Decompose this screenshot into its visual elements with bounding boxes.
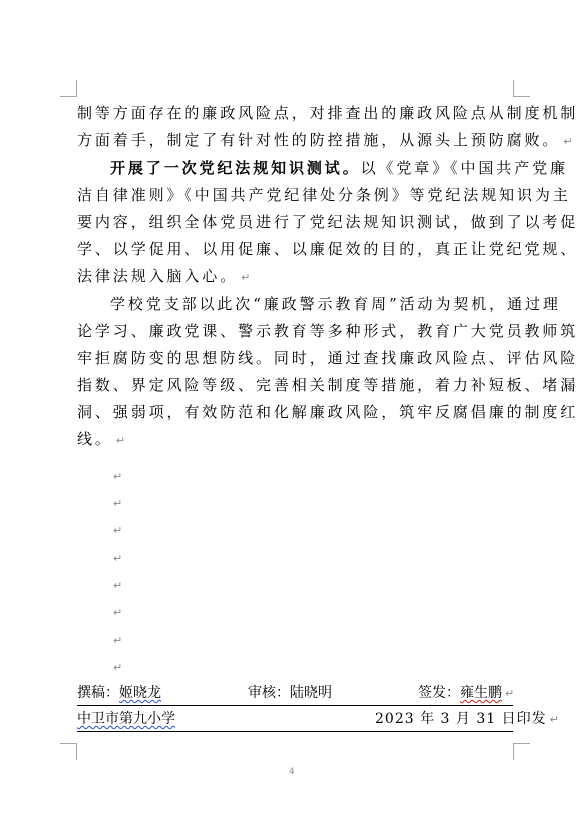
paragraph-line[interactable]: 线。↵ (77, 426, 125, 453)
author-field: 撰稿：姬晓龙 (77, 682, 161, 704)
paragraph-line[interactable]: 学、以学促用、以用促廉、以廉促效的目的，真正让党纪党规、 (77, 236, 578, 263)
text-run: 要内容，组织全体党员进行了党纪法规知识测试，做到了以考促 (77, 213, 578, 231)
author-name: 姬晓龙 (119, 685, 161, 701)
signature-row[interactable]: 撰稿：姬晓龙 审核：陆晓明 签发：雍生鹏↵ (77, 682, 513, 704)
issuer-field: 签发：雍生鹏↵ (418, 682, 514, 705)
paragraph-line[interactable]: 指数、界定风险等级、完善相关制度等措施，着力补短板、堵漏 (77, 372, 578, 399)
paragraph-mark-icon: ↵ (241, 271, 250, 284)
text-run: 牢拒腐防变的思想防线。同时，通过查找廉政风险点、评估风险 (77, 349, 578, 367)
empty-paragraph[interactable]: ↵ (110, 597, 122, 624)
paragraph-mark-icon: ↵ (113, 634, 122, 647)
footer-rule-top (77, 705, 513, 706)
paragraph-line[interactable]: 洞、强弱项，有效防范和化解廉政风险，筑牢反腐倡廉的制度红 (77, 399, 578, 426)
paragraph-line[interactable]: 洁自律准则》《中国共产党纪律处分条例》等党纪法规知识为主 (77, 182, 571, 209)
margin-corner-mark-top-right (513, 80, 530, 97)
reviewer-label: 审核： (248, 685, 290, 701)
paragraph-line[interactable]: 制等方面存在的廉政风险点，对排查出的廉政风险点从制度机制 (77, 100, 578, 127)
footer-rule-bottom (77, 731, 513, 732)
empty-paragraph[interactable]: ↵ (110, 461, 122, 488)
text-run: 方面着手，制定了有针对性的防控措施，从源头上预防腐败。 (77, 131, 560, 149)
text-run: 线。 (77, 430, 113, 448)
text-run: 制等方面存在的廉政风险点，对排查出的廉政风险点从制度机制 (77, 104, 578, 122)
bold-heading-run: 开展了一次党纪法规知识测试。 (110, 159, 361, 177)
empty-paragraph[interactable]: ↵ (110, 570, 122, 597)
paragraph-line[interactable]: 牢拒腐防变的思想防线。同时，通过查找廉政风险点、评估风险 (77, 345, 578, 372)
paragraph-mark-icon: ↵ (550, 713, 559, 726)
author-label: 撰稿： (77, 685, 119, 701)
paragraph-mark-icon: ↵ (113, 470, 122, 483)
text-run: 洞、强弱项，有效防范和化解廉政风险，筑牢反腐倡廉的制度红 (77, 403, 578, 421)
paragraph-mark-icon: ↵ (116, 434, 125, 447)
paragraph-mark-icon: ↵ (113, 661, 122, 674)
reviewer-field: 审核：陆晓明 (248, 682, 332, 704)
text-run: 指数、界定风险等级、完善相关制度等措施，着力补短板、堵漏 (77, 376, 578, 394)
paragraph-mark-icon: ↵ (113, 497, 122, 510)
paragraph-line[interactable]: 学校党支部以此次“廉政警示教育周”活动为契机，通过理 (110, 291, 561, 318)
empty-paragraph[interactable]: ↵ (110, 488, 122, 515)
text-run: 以《党章》《中国共产党廉 (361, 159, 568, 177)
paragraph-line[interactable]: 论学习、廉政党课、警示教育等多种形式，教育广大党员教师筑 (77, 318, 578, 345)
text-run: 法律法规入脑入心。 (77, 267, 238, 285)
empty-paragraph[interactable]: ↵ (110, 543, 122, 570)
text-run: 学、以学促用、以用促廉、以廉促效的目的，真正让党纪党规、 (77, 240, 578, 258)
paragraph-line[interactable]: 法律法规入脑入心。↵ (77, 263, 250, 290)
document-page[interactable]: 制等方面存在的廉政风险点，对排查出的廉政风险点从制度机制 方面着手，制定了有针对… (0, 0, 586, 829)
issuer-name: 雍生鹏 (460, 685, 502, 701)
issue-date-field: 2023 年 3 月 31 日印发↵ (375, 708, 559, 731)
empty-paragraph[interactable]: ↵ (110, 625, 122, 652)
margin-corner-mark-bottom-right (513, 743, 530, 760)
paragraph-mark-icon: ↵ (113, 552, 122, 565)
paragraph-mark-icon: ↵ (113, 579, 122, 592)
empty-paragraph[interactable]: ↵ (110, 652, 122, 679)
organization-name: 中卫市第九小学 (77, 708, 175, 730)
paragraph-mark-icon: ↵ (113, 606, 122, 619)
text-run: 学校党支部以此次“廉政警示教育周”活动为契机，通过理 (110, 295, 561, 313)
empty-paragraph[interactable]: ↵ (110, 515, 122, 542)
paragraph-mark-icon: ↵ (505, 687, 514, 700)
issuer-label: 签发： (418, 685, 460, 701)
text-run: 洁自律准则》《中国共产党纪律处分条例》等党纪法规知识为主 (77, 186, 571, 204)
paragraph-line[interactable]: 要内容，组织全体党员进行了党纪法规知识测试，做到了以考促 (77, 209, 578, 236)
text-run: 论学习、廉政党课、警示教育等多种形式，教育广大党员教师筑 (77, 322, 578, 340)
margin-corner-mark-bottom-left (60, 743, 77, 760)
paragraph-line[interactable]: 方面着手，制定了有针对性的防控措施，从源头上预防腐败。↵ (77, 127, 573, 154)
paragraph-mark-icon: ↵ (113, 524, 122, 537)
reviewer-name: 陆晓明 (290, 685, 332, 701)
paragraph-line[interactable]: 开展了一次党纪法规知识测试。以《党章》《中国共产党廉 (110, 155, 568, 182)
margin-corner-mark-top-left (60, 80, 77, 97)
issue-date: 2023 年 3 月 31 日印发 (375, 711, 547, 727)
page-number: 4 (289, 767, 295, 777)
issue-row[interactable]: 中卫市第九小学 2023 年 3 月 31 日印发↵ (77, 708, 513, 730)
paragraph-mark-icon: ↵ (563, 135, 572, 148)
